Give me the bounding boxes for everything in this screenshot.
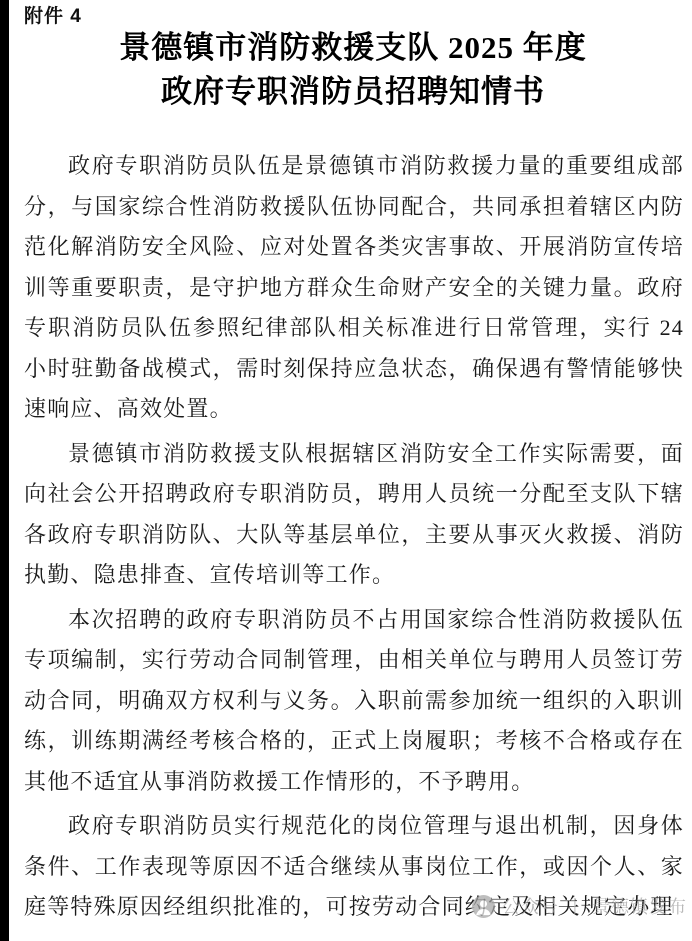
watermark: 公众号 丨 景德镇发布 bbox=[472, 893, 687, 919]
body-paragraph-3: 本次招聘的政府专职消防员不占用国家综合性消防救援队伍专项编制，实行劳动合同制管理… bbox=[24, 600, 684, 803]
body-paragraph-1: 政府专职消防员队伍是景德镇市消防救援力量的重要组成部分，与国家综合性消防救援队伍… bbox=[24, 146, 684, 430]
attachment-label: 附件 4 bbox=[24, 1, 82, 28]
document-body: 政府专职消防员队伍是景德镇市消防救援力量的重要组成部分，与国家综合性消防救援队伍… bbox=[24, 146, 684, 941]
document-title-line-2: 政府专职消防员招聘知情书 bbox=[22, 70, 684, 114]
body-paragraph-2: 景德镇市消防救援支队根据辖区消防安全工作实际需要，面向社会公开招聘政府专职消防员… bbox=[24, 434, 684, 596]
watermark-source-label: 公众号 bbox=[502, 893, 559, 919]
document-title-line-1: 景德镇市消防救援支队 2025 年度 bbox=[22, 26, 684, 70]
avatar-person-icon bbox=[472, 895, 495, 918]
watermark-account-name: 景德镇发布 bbox=[592, 893, 687, 919]
left-border-bar bbox=[0, 0, 9, 941]
document-title: 景德镇市消防救援支队 2025 年度 政府专职消防员招聘知情书 bbox=[22, 26, 684, 114]
document-page: { "page": { "attachment_label": "附件 4", … bbox=[0, 0, 692, 941]
watermark-separator: 丨 bbox=[566, 893, 585, 919]
